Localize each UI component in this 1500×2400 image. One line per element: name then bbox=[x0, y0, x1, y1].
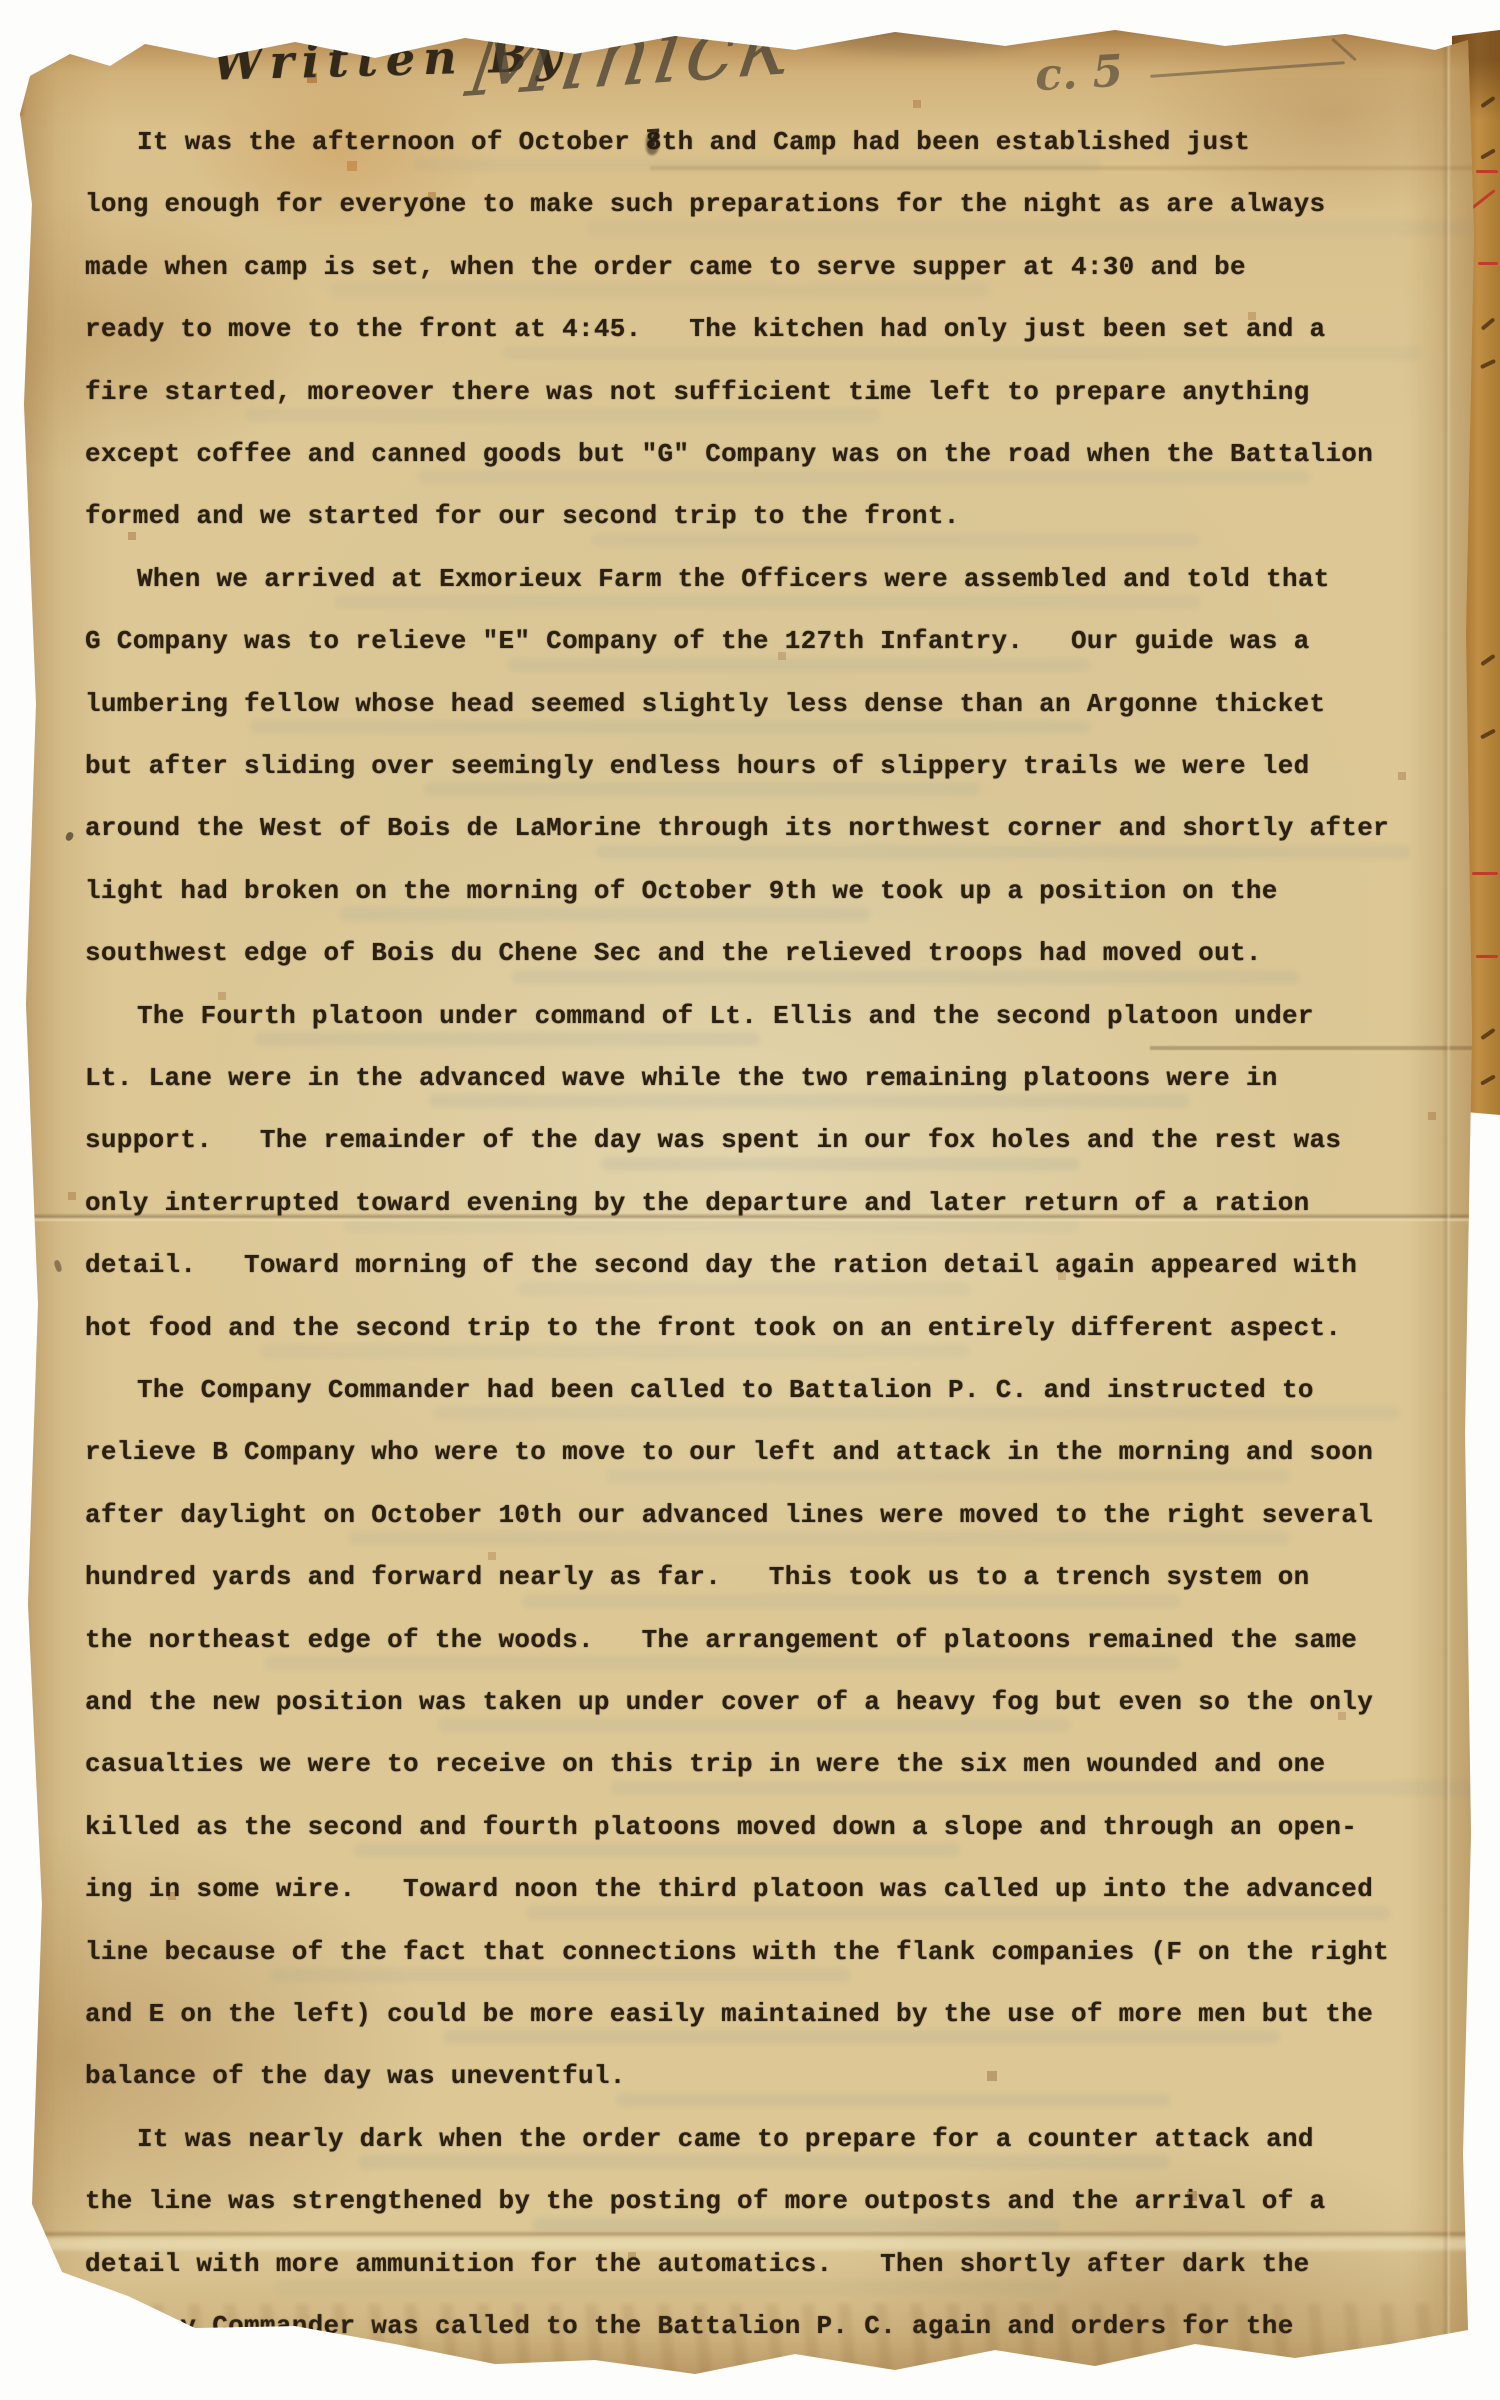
typed-line: except coffee and canned goods but "G" C… bbox=[85, 439, 1373, 469]
pencil-mark bbox=[1480, 1074, 1496, 1085]
pencil-mark bbox=[1480, 728, 1496, 739]
typed-line: The Company Commander had been called to… bbox=[137, 1375, 1314, 1405]
bleedthrough-streak bbox=[354, 1843, 960, 1857]
typed-line: It was nearly dark when the order came t… bbox=[137, 2124, 1314, 2154]
bleedthrough-streak bbox=[339, 907, 870, 921]
typed-line: killed as the second and fourth platoons… bbox=[85, 1812, 1357, 1842]
bleedthrough-streak bbox=[275, 2280, 1060, 2294]
bleedthrough-streak bbox=[512, 970, 1300, 984]
bleedthrough-streak bbox=[270, 1968, 850, 1982]
bleedthrough-streak bbox=[344, 1219, 1080, 1233]
typed-line: the northeast edge of the woods. The arr… bbox=[85, 1625, 1357, 1655]
typed-line: Company Commander was called to the Batt… bbox=[85, 2311, 1294, 2341]
typed-line: relieve B Company who were to move to ou… bbox=[85, 1437, 1373, 1467]
typed-line: lumbering fellow whose head seemed sligh… bbox=[85, 689, 1325, 719]
typed-line: but after sliding over seemingly endless… bbox=[85, 751, 1310, 781]
pencil-mark bbox=[1481, 317, 1496, 330]
bleedthrough-streak bbox=[527, 1906, 1390, 1920]
typed-line: It was the afternoon of October 8th and … bbox=[137, 127, 1250, 157]
bleedthrough-streak bbox=[349, 1531, 1290, 1545]
pencil-mark bbox=[1480, 359, 1496, 369]
typed-line: ing in some wire. Toward noon the third … bbox=[85, 1874, 1373, 1904]
typed-line: Lt. Lane were in the advanced wave while… bbox=[85, 1063, 1278, 1093]
bleedthrough-streak bbox=[591, 533, 1200, 547]
bleedthrough-streak bbox=[443, 2030, 1280, 2044]
typed-line: after daylight on October 10th our advan… bbox=[85, 1500, 1373, 1530]
bleedthrough-streak bbox=[616, 2093, 1170, 2107]
typed-line: support. The remainder of the day was sp… bbox=[85, 1125, 1341, 1155]
bleedthrough-streak bbox=[265, 1656, 1180, 1670]
bleedthrough-streak bbox=[517, 1282, 970, 1296]
typed-line: light had broken on the morning of Octob… bbox=[85, 876, 1278, 906]
bleedthrough-streak bbox=[502, 346, 1420, 360]
pencil-mark bbox=[1480, 1028, 1495, 1040]
typed-line: The Fourth platoon under command of Lt. … bbox=[137, 1001, 1314, 1031]
typed-line: casualties we were to receive on this tr… bbox=[85, 1749, 1325, 1779]
bleedthrough-streak bbox=[418, 470, 1310, 484]
pencil-mark bbox=[1480, 96, 1495, 108]
typed-line: around the West of Bois de LaMorine thro… bbox=[85, 813, 1389, 843]
bleedthrough-streak bbox=[522, 1594, 1180, 1608]
red-pen-mark bbox=[1470, 189, 1495, 210]
pencil-mark bbox=[1480, 654, 1495, 666]
bleedthrough-streak bbox=[601, 1157, 1080, 1171]
document-page: Written By Minick c. 5 It was the aftern… bbox=[10, 14, 1478, 2386]
bleedthrough-streak bbox=[329, 283, 990, 297]
typed-line: hot food and the second trip to the fron… bbox=[85, 1313, 1341, 1343]
typed-line: fire started, moreover there was not suf… bbox=[85, 377, 1310, 407]
typed-line: and the new position was taken up under … bbox=[85, 1687, 1373, 1717]
bleedthrough-streak bbox=[245, 408, 880, 422]
red-pen-mark bbox=[1476, 955, 1498, 958]
bleedthrough-streak bbox=[611, 1781, 1500, 1795]
typed-line: hundred yards and forward nearly as far.… bbox=[85, 1562, 1310, 1592]
bleedthrough-streak bbox=[334, 595, 1200, 609]
bleedthrough-streak bbox=[423, 782, 980, 796]
red-pen-mark bbox=[1478, 262, 1498, 265]
bleedthrough-streak bbox=[359, 2155, 1170, 2169]
typed-line: balance of the day was uneventful. bbox=[85, 2061, 626, 2091]
typed-line: G Company was to relieve "E" Company of … bbox=[85, 626, 1310, 656]
pencil-mark bbox=[1480, 148, 1496, 159]
bleedthrough-streak bbox=[507, 658, 1090, 672]
typed-text-block: It was the afternoon of October 8th and … bbox=[10, 14, 1478, 2386]
bleedthrough-streak bbox=[586, 221, 1500, 235]
bleedthrough-streak bbox=[433, 1406, 1400, 1420]
red-pen-mark bbox=[1472, 872, 1498, 875]
typed-line: ready to move to the front at 4:45. The … bbox=[85, 314, 1325, 344]
bleedthrough-streak bbox=[428, 1094, 1190, 1108]
bleedthrough-streak bbox=[260, 1344, 970, 1358]
bleedthrough-streak bbox=[413, 158, 1100, 172]
torn-edge-stains bbox=[12, 74, 22, 2294]
typed-line: only interrupted toward evening by the d… bbox=[85, 1188, 1310, 1218]
bleedthrough-streak bbox=[250, 720, 1090, 734]
typed-line: detail with more ammunition for the auto… bbox=[85, 2249, 1310, 2279]
bleedthrough-streak bbox=[532, 2218, 1060, 2232]
bleedthrough-streak bbox=[255, 1032, 760, 1046]
typed-line: detail. Toward morning of the second day… bbox=[85, 1250, 1357, 1280]
bleedthrough-streak bbox=[606, 1469, 1290, 1483]
bleedthrough-streak bbox=[596, 845, 1410, 859]
typed-line: made when camp is set, when the order ca… bbox=[85, 252, 1246, 282]
typed-line: the line was strengthened by the posting… bbox=[85, 2186, 1325, 2216]
ink-blot bbox=[646, 132, 659, 155]
typed-line: long enough for everyone to make such pr… bbox=[85, 189, 1325, 219]
red-pen-mark bbox=[1476, 170, 1498, 173]
typed-line: formed and we started for our second tri… bbox=[85, 501, 960, 531]
typed-line: and E on the left) could be more easily … bbox=[85, 1999, 1373, 2029]
typed-line: southwest edge of Bois du Chene Sec and … bbox=[85, 938, 1262, 968]
typed-line: When we arrived at Exmorieux Farm the Of… bbox=[137, 564, 1330, 594]
typed-line: line because of the fact that connection… bbox=[85, 1937, 1389, 1967]
bleedthrough-streak bbox=[438, 1718, 1070, 1732]
foxing-speckles bbox=[10, 14, 14, 18]
